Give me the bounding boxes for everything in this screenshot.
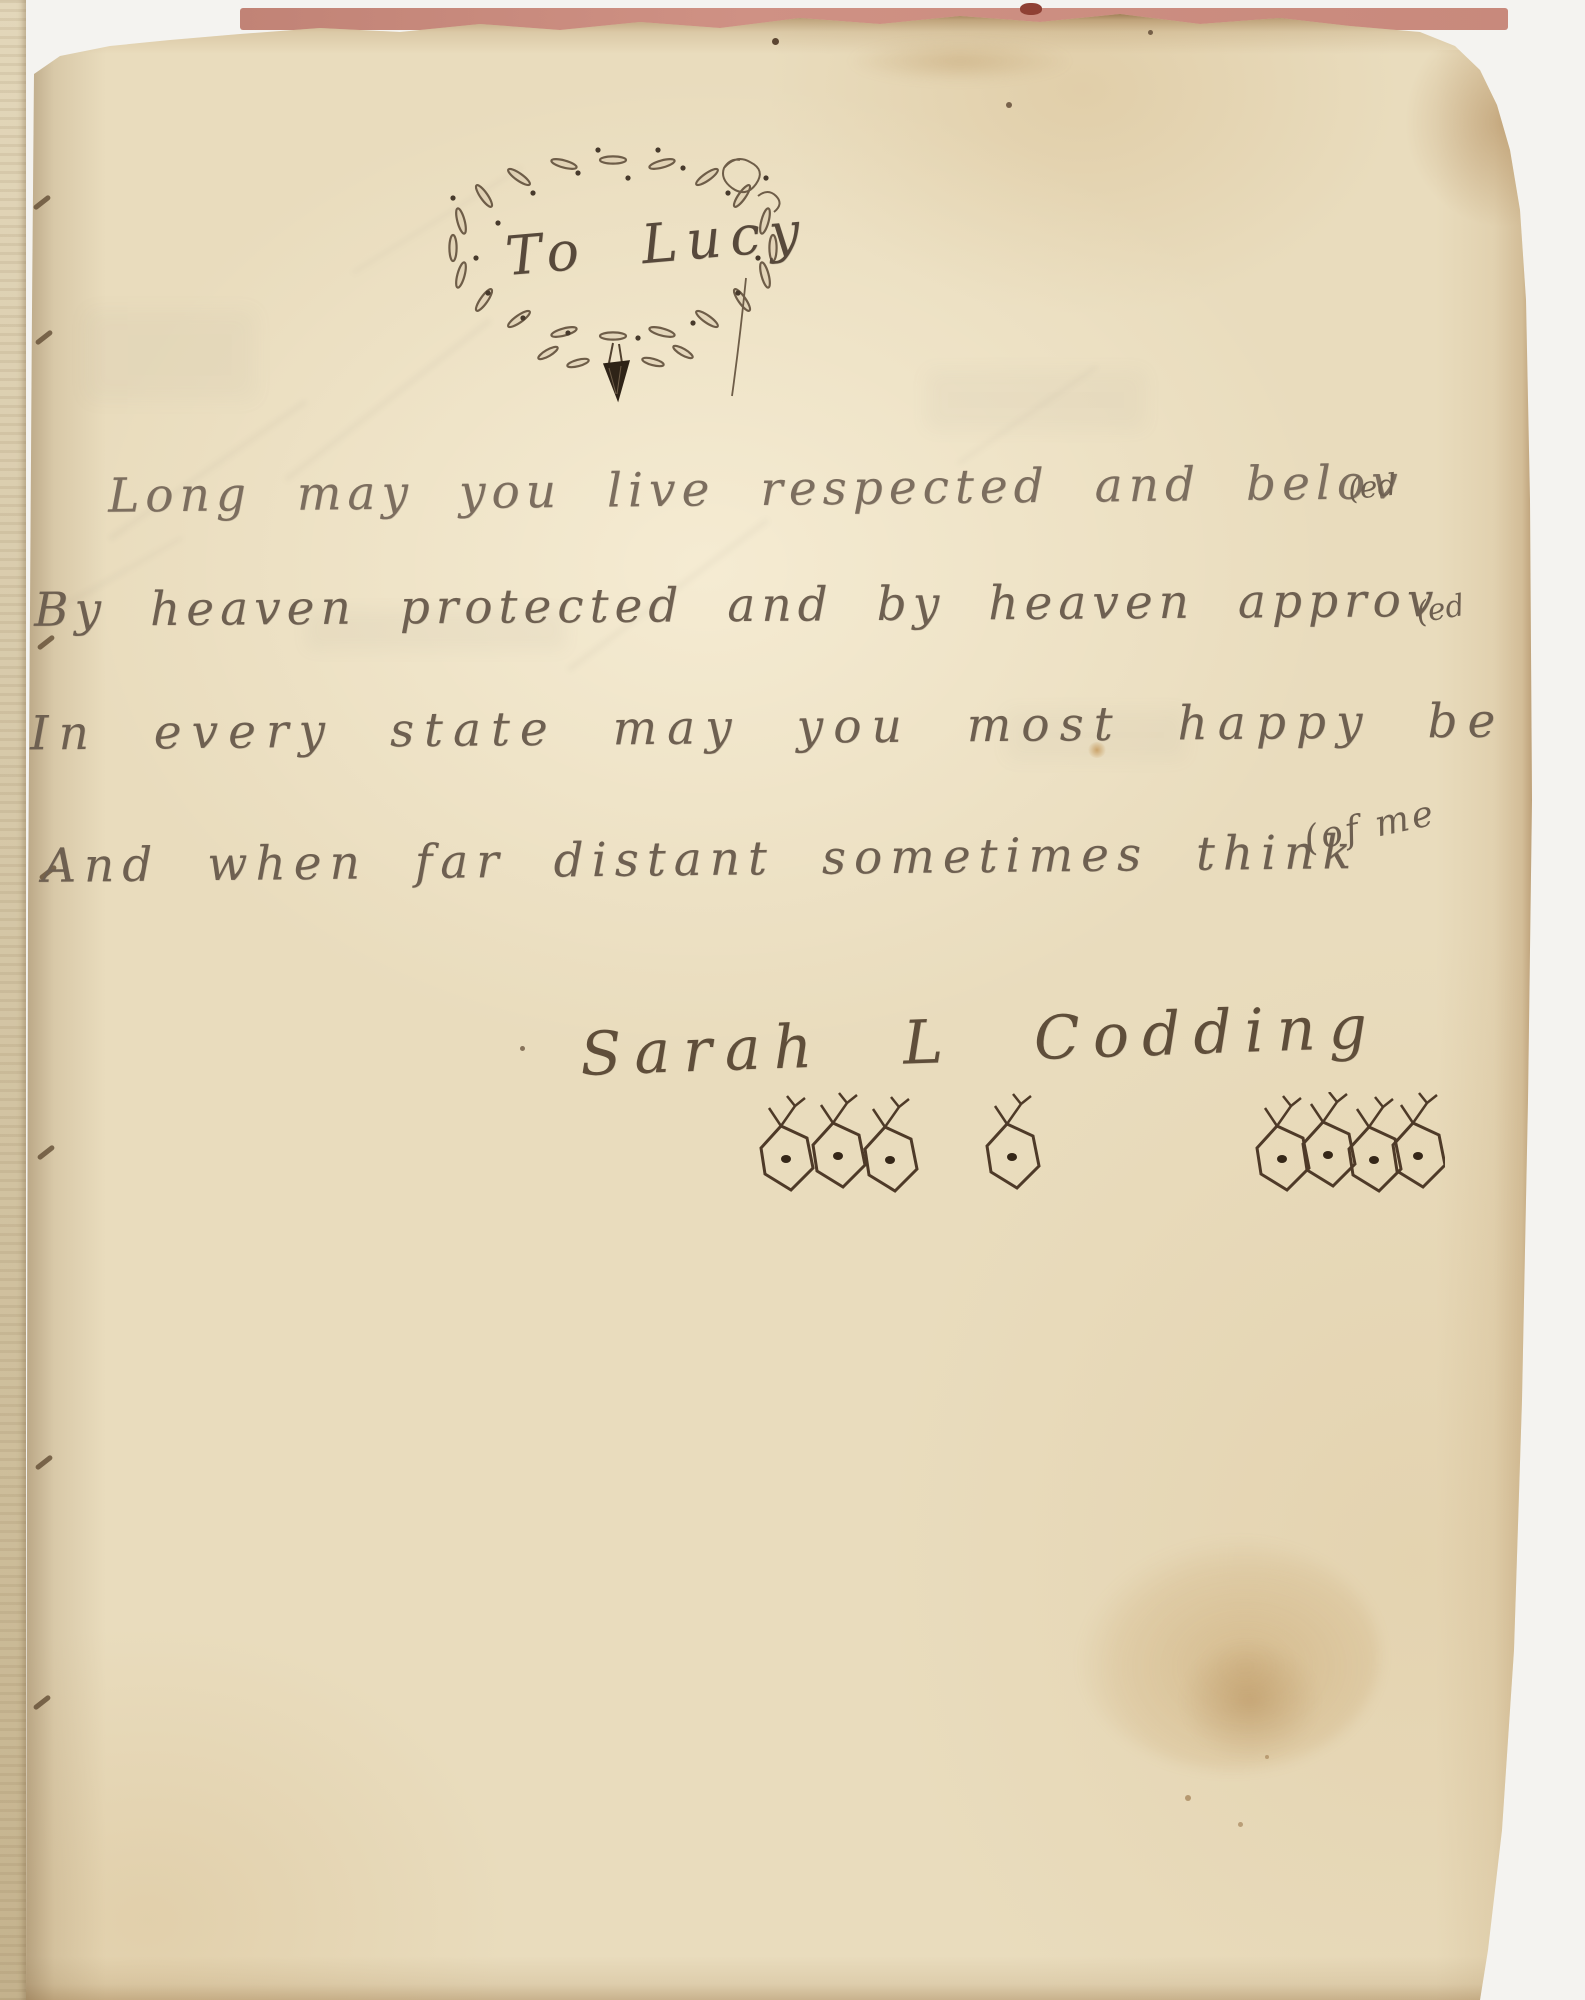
- flourish-group-3: [1257, 1092, 1445, 1191]
- poem-line-4: And when far distant sometimes think: [42, 825, 1359, 894]
- hexagon-doodle: [987, 1094, 1039, 1188]
- poem-line-4-superscript: (of me: [1300, 793, 1440, 861]
- page-corner-browning: [1316, 50, 1536, 290]
- speck: [1238, 1822, 1243, 1827]
- poem-line-1-superscript: (ed: [1346, 468, 1398, 508]
- stain: [850, 40, 1070, 82]
- speck: [1006, 102, 1012, 108]
- binding-stitch: [33, 194, 52, 210]
- hexagon-doodle: [1257, 1096, 1309, 1190]
- page-bottom-browned-edge: [26, 1954, 1536, 2000]
- speck: [1265, 1755, 1269, 1759]
- hexagon-doodle: [1303, 1092, 1355, 1186]
- book-under-pages-edge: [0, 0, 26, 2000]
- poem-line-2: By heaven protected and by heaven approv: [34, 573, 1440, 638]
- poem-line-3: In every state may you most happy be: [30, 694, 1506, 762]
- book-cover-spot: [1020, 3, 1042, 15]
- ghost-impression: [86, 310, 256, 400]
- page-right-browned-edge: [1426, 10, 1536, 2000]
- stain: [1180, 1640, 1320, 1760]
- signature-flourish-drawing: [745, 1092, 1445, 1204]
- speck: [1148, 30, 1153, 35]
- album-page: To Lucy Long may you live respected and …: [26, 10, 1536, 2000]
- hexagon-doodle: [761, 1096, 813, 1190]
- hexagon-doodle: [865, 1097, 917, 1191]
- hexagon-doodle: [813, 1093, 865, 1187]
- binding-stitch: [35, 329, 54, 345]
- flourish-group-1: [761, 1093, 917, 1191]
- wreath-tassel: [604, 343, 629, 400]
- speck: [1185, 1795, 1191, 1801]
- photo-of-autograph-album: { "colors": { "photo_bg": "#f4f3f0", "un…: [0, 0, 1585, 2000]
- binding-stitch: [35, 1454, 54, 1470]
- flourish-group-2: [987, 1094, 1039, 1188]
- hexagon-doodle: [1393, 1093, 1445, 1187]
- binding-stitch: [33, 1694, 52, 1710]
- stain: [1080, 1540, 1380, 1770]
- speck: [520, 1046, 525, 1051]
- speck: [772, 38, 779, 45]
- poem-line-2-superscript: (ed: [1413, 588, 1467, 631]
- signature-text: Sarah L Codding: [579, 992, 1381, 1090]
- ghost-impression: [926, 370, 1146, 430]
- binding-stitch: [37, 1144, 56, 1160]
